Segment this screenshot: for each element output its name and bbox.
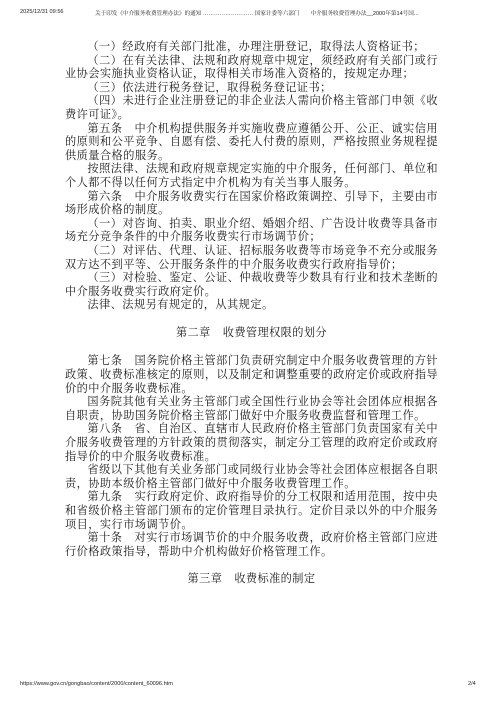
document-body: （一）经政府有关部门批准，办理注册登记，取得法人资格证书； （二）在有关法律、法… (65, 40, 438, 601)
print-page-title: 关于印发《中介服务收费管理办法》的通知 ……………………… 国家计委等六部门 中… (95, 9, 419, 17)
chapter-title: 收费管理权限的划分 (223, 326, 327, 339)
print-footer: https://www.gov.cn/gongbao/content/2000/… (0, 681, 497, 691)
article-label: 第六条 (87, 190, 122, 203)
paragraph: 省级以下其他有关业务部门或同级行业协会等社会团体应根据各自职责，协助本级价格主管… (65, 463, 438, 490)
article-8: 第八条省、自治区、直辖市人民政府价格主管部门负责国家有关中介服务收费管理的方针政… (65, 422, 438, 463)
article-label: 第五条 (87, 122, 122, 135)
chapter-number: 第三章 (188, 572, 223, 585)
article-label: 第十条 (87, 531, 122, 544)
article-9: 第九条实行政府定价、政府指导价的分工权限和适用范围，按中央和省级价格主管部门颁布… (65, 490, 438, 531)
chapter-heading: 第二章收费管理权限的划分 (65, 326, 438, 340)
paragraph: 法律、法规另有规定的，从其规定。 (65, 298, 438, 312)
paragraph: （二）在有关法律、法规和政府规章中规定，须经政府有关部门或行业协会实施执业资格认… (65, 54, 438, 81)
article-10: 第十条对实行市场调节价的中介服务收费，政府价格主管部门应进行价格政策指导，帮助中… (65, 531, 438, 558)
chapter-heading: 第三章收费标准的制定 (65, 572, 438, 586)
paragraph: （三）依法进行税务登记，取得税务登记证书； (65, 81, 438, 95)
page-number: 2/4 (468, 681, 476, 687)
paragraph: （一）对咨询、拍卖、职业介绍、婚姻介绍、广告设计收费等具备市场充分竞争条件的中介… (65, 217, 438, 244)
article-label: 第九条 (87, 490, 122, 503)
paragraph: 国务院其他有关业务主管部门或全国性行业协会等社会团体应根据各自职责，协助国务院价… (65, 395, 438, 422)
article-label: 第八条 (87, 422, 122, 435)
article-6: 第六条中介服务收费实行在国家价格政策调控、引导下，主要由市场形成价格的制度。 (65, 190, 438, 217)
article-label: 第七条 (87, 354, 122, 367)
source-url: https://www.gov.cn/gongbao/content/2000/… (20, 681, 173, 687)
article-5: 第五条中介机构提供服务并实施收费应遵循公开、公正、诚实信用的原则和公平竞争、自愿… (65, 122, 438, 163)
article-7: 第七条国务院价格主管部门负责研究制定中介服务收费管理的方针政策、收费标准核定的原… (65, 354, 438, 395)
chapter-title: 收费标准的制定 (234, 572, 315, 585)
paragraph: （一）经政府有关部门批准，办理注册登记，取得法人资格证书； (65, 40, 438, 54)
print-timestamp: 2025/12/31 09:56 (20, 9, 64, 15)
paragraph: （三）对检验、鉴定、公证、仲裁收费等少数具有行业和技术垄断的中介服务收费实行政府… (65, 271, 438, 298)
print-header: 2025/12/31 09:56 关于印发《中介服务收费管理办法》的通知 ………… (0, 6, 497, 20)
paragraph: 按照法律、法规和政府规章规定实施的中介服务，任何部门、单位和个人都不得以任何方式… (65, 162, 438, 189)
chapter-number: 第二章 (176, 326, 211, 339)
paragraph: （二）对评估、代理、认证、招标服务收费等市场竞争不充分或服务双方达不到平等、公开… (65, 244, 438, 271)
paragraph: （四）未进行企业注册登记的非企业法人需向价格主管部门申领《收费许可证》。 (65, 94, 438, 121)
